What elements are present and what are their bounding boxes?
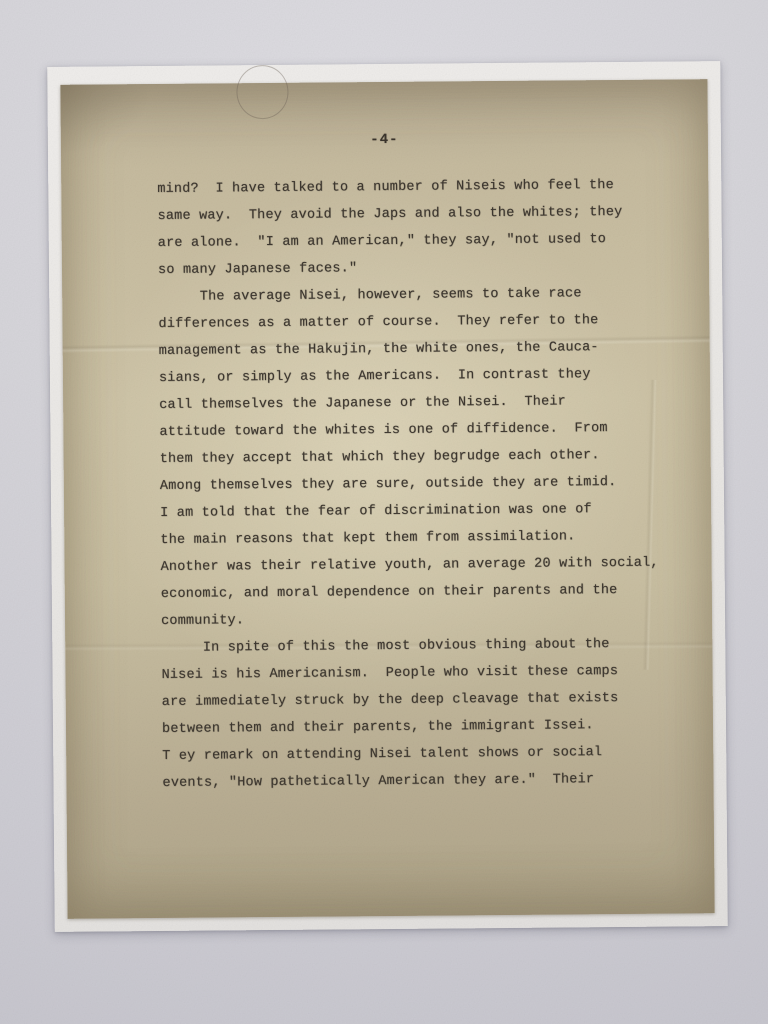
text-line: are immediately struck by the deep cleav… [162, 684, 685, 716]
typed-text: mind? I have talked to a number of Nisei… [157, 171, 685, 797]
ring-stain-mark [236, 65, 288, 119]
text-line: are alone. "I am an American," they say,… [158, 225, 681, 257]
text-line: economic, and moral dependence on their … [161, 576, 684, 608]
document-page: -4- mind? I have talked to a number of N… [60, 79, 714, 919]
document-backing-sheet: -4- mind? I have talked to a number of N… [47, 61, 728, 932]
text-line: Among themselves they are sure, outside … [160, 468, 683, 500]
paper-corner-shading [60, 84, 181, 175]
text-line: events, "How pathetically American they … [162, 765, 685, 797]
wall-background: -4- mind? I have talked to a number of N… [0, 0, 768, 1024]
text-line: attitude toward the whites is one of dif… [159, 414, 682, 446]
